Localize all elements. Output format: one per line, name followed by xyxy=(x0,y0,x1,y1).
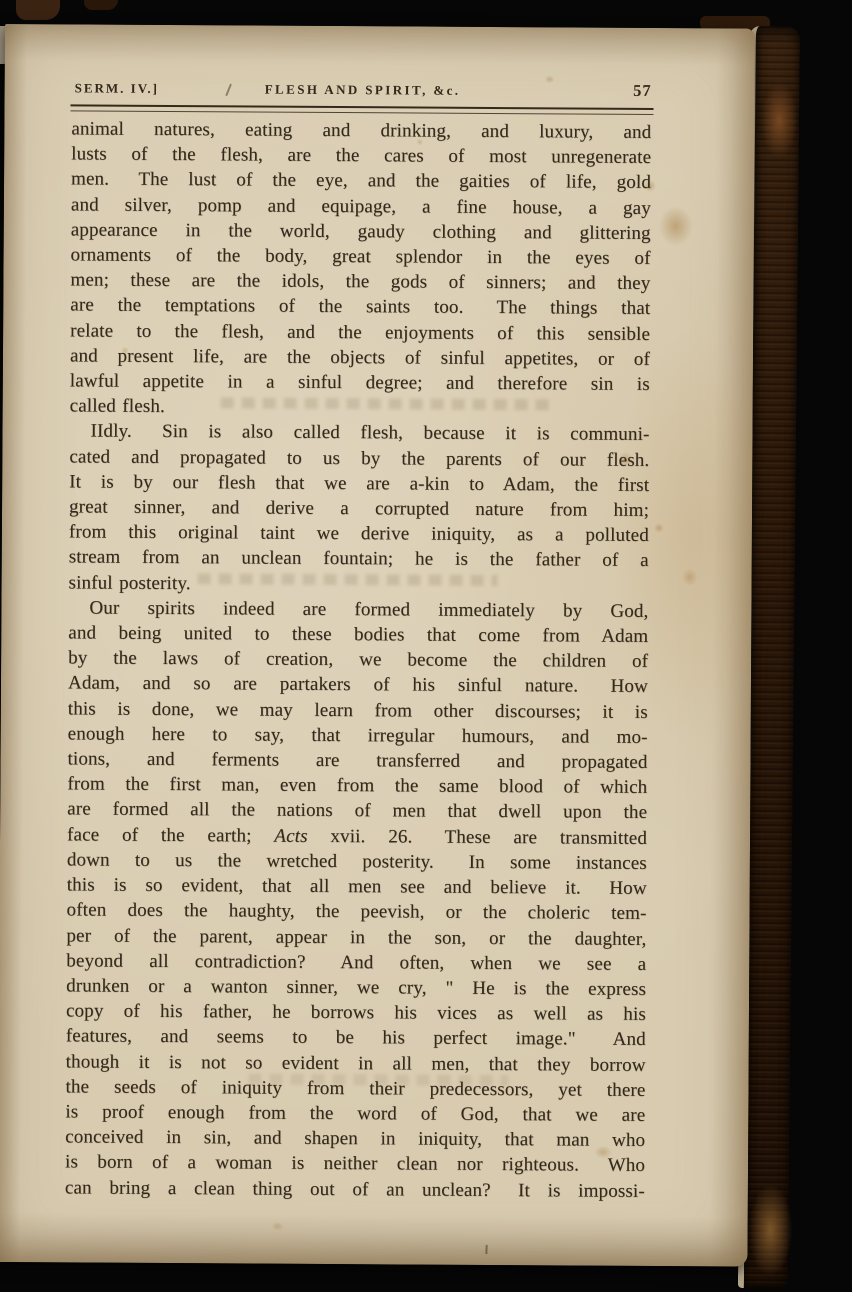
text-line: down to us the wretched posterity. In so… xyxy=(67,847,647,876)
text-line: lawful appetite in a sinful degree; and … xyxy=(70,368,650,397)
text-line: from the first man, even from the same b… xyxy=(67,772,647,801)
text-line: called flesh. xyxy=(70,394,650,423)
text-column: animal natures, eating and drinking, and… xyxy=(65,116,652,1203)
text-line: lusts of the flesh, are the cares of mos… xyxy=(71,142,651,171)
text-line: is born of a woman is neither clean nor … xyxy=(65,1150,645,1179)
text-line: It is by our flesh that we are a-kin to … xyxy=(69,469,649,498)
page-number: 57 xyxy=(633,81,652,101)
page-header: SERM. IV.] FLESH AND SPIRIT, &c. 57 xyxy=(72,76,654,106)
text-line: great sinner, and derive a corrupted nat… xyxy=(69,494,649,523)
text-line: drunken or a wanton sinner, we cry, " He… xyxy=(66,973,646,1002)
text-line: is proof enough from the word of God, th… xyxy=(65,1099,645,1128)
foxing-stain xyxy=(272,1222,284,1231)
photo-background: SERM. IV.] FLESH AND SPIRIT, &c. 57 anim… xyxy=(0,0,852,1292)
text-line: conceived in sin, and shapen in iniquity… xyxy=(65,1125,645,1154)
text-line: are formed all the nations of men that d… xyxy=(67,797,647,826)
text-line: the seeds of iniquity from their predece… xyxy=(65,1074,645,1103)
text-line: and being united to these bodies that co… xyxy=(68,620,648,649)
book-page: SERM. IV.] FLESH AND SPIRIT, &c. 57 anim… xyxy=(0,24,755,1267)
foxing-stain xyxy=(682,568,698,586)
running-section-label: SERM. IV.] xyxy=(75,80,160,97)
text-line: by the laws of creation, we become the c… xyxy=(68,646,648,675)
text-line: are the temptations of the saints too. T… xyxy=(70,293,650,322)
text-line: relate to the flesh, and the enjoyments … xyxy=(70,318,650,347)
stray-mark xyxy=(225,83,232,96)
text-line: per of the parent, appear in the son, or… xyxy=(66,923,646,952)
text-line: sinful posterity. xyxy=(69,570,649,599)
text-line: and present life, are the objects of sin… xyxy=(70,343,650,372)
running-title: FLESH AND SPIRIT, &c. xyxy=(265,82,461,99)
text-line: cated and propagated to us by the parent… xyxy=(69,444,649,473)
text-line: men. The lust of the eye, and the gaitie… xyxy=(71,167,651,196)
text-line: tions, and ferments are transferred and … xyxy=(67,746,647,775)
text-line: IIdly. Sin is also called flesh, because… xyxy=(69,419,649,448)
text-line: men; these are the idols, the gods of si… xyxy=(70,268,650,297)
text-line: ornaments of the body, great splendor in… xyxy=(71,242,651,271)
text-line: Adam, and so are partakers of his sinful… xyxy=(68,671,648,700)
edge-wear-spot xyxy=(748,1184,793,1276)
header-rule xyxy=(70,104,653,115)
text-line: Our spirits indeed are formed immediatel… xyxy=(68,595,648,624)
foxing-stain xyxy=(654,523,664,533)
text-line: often does the haughty, the peevish, or … xyxy=(67,898,647,927)
text-line: face of the earth; Acts xvii. 26. These … xyxy=(67,822,647,851)
text-line: features, and seems to be his perfect im… xyxy=(66,1024,646,1053)
text-line: though it is not so evident in all men, … xyxy=(66,1049,646,1078)
book-cover-fragment xyxy=(84,0,118,10)
text-line: beyond all contradiction? And often, whe… xyxy=(66,948,646,977)
text-line: can bring a clean thing out of an unclea… xyxy=(65,1175,645,1204)
stray-mark xyxy=(485,1245,487,1254)
text-line: this is done, we may learn from other di… xyxy=(68,696,648,725)
foxing-stain xyxy=(659,206,693,246)
text-line: animal natures, eating and drinking, and… xyxy=(71,116,651,145)
text-line: from this original taint we derive iniqu… xyxy=(69,520,649,549)
edge-wear-spot xyxy=(761,82,798,158)
text-line: copy of his father, he borrows his vices… xyxy=(66,999,646,1028)
text-line: enough here to say, that irregular humou… xyxy=(68,721,648,750)
book-cover-fragment xyxy=(16,0,60,20)
text-line: this is so evident, that all men see and… xyxy=(67,872,647,901)
text-line: and silver, pomp and equipage, a fine ho… xyxy=(71,192,651,221)
text-line: stream from an unclean fountain; he is t… xyxy=(69,545,649,574)
text-line: appearance in the world, gaudy clothing … xyxy=(71,217,651,246)
